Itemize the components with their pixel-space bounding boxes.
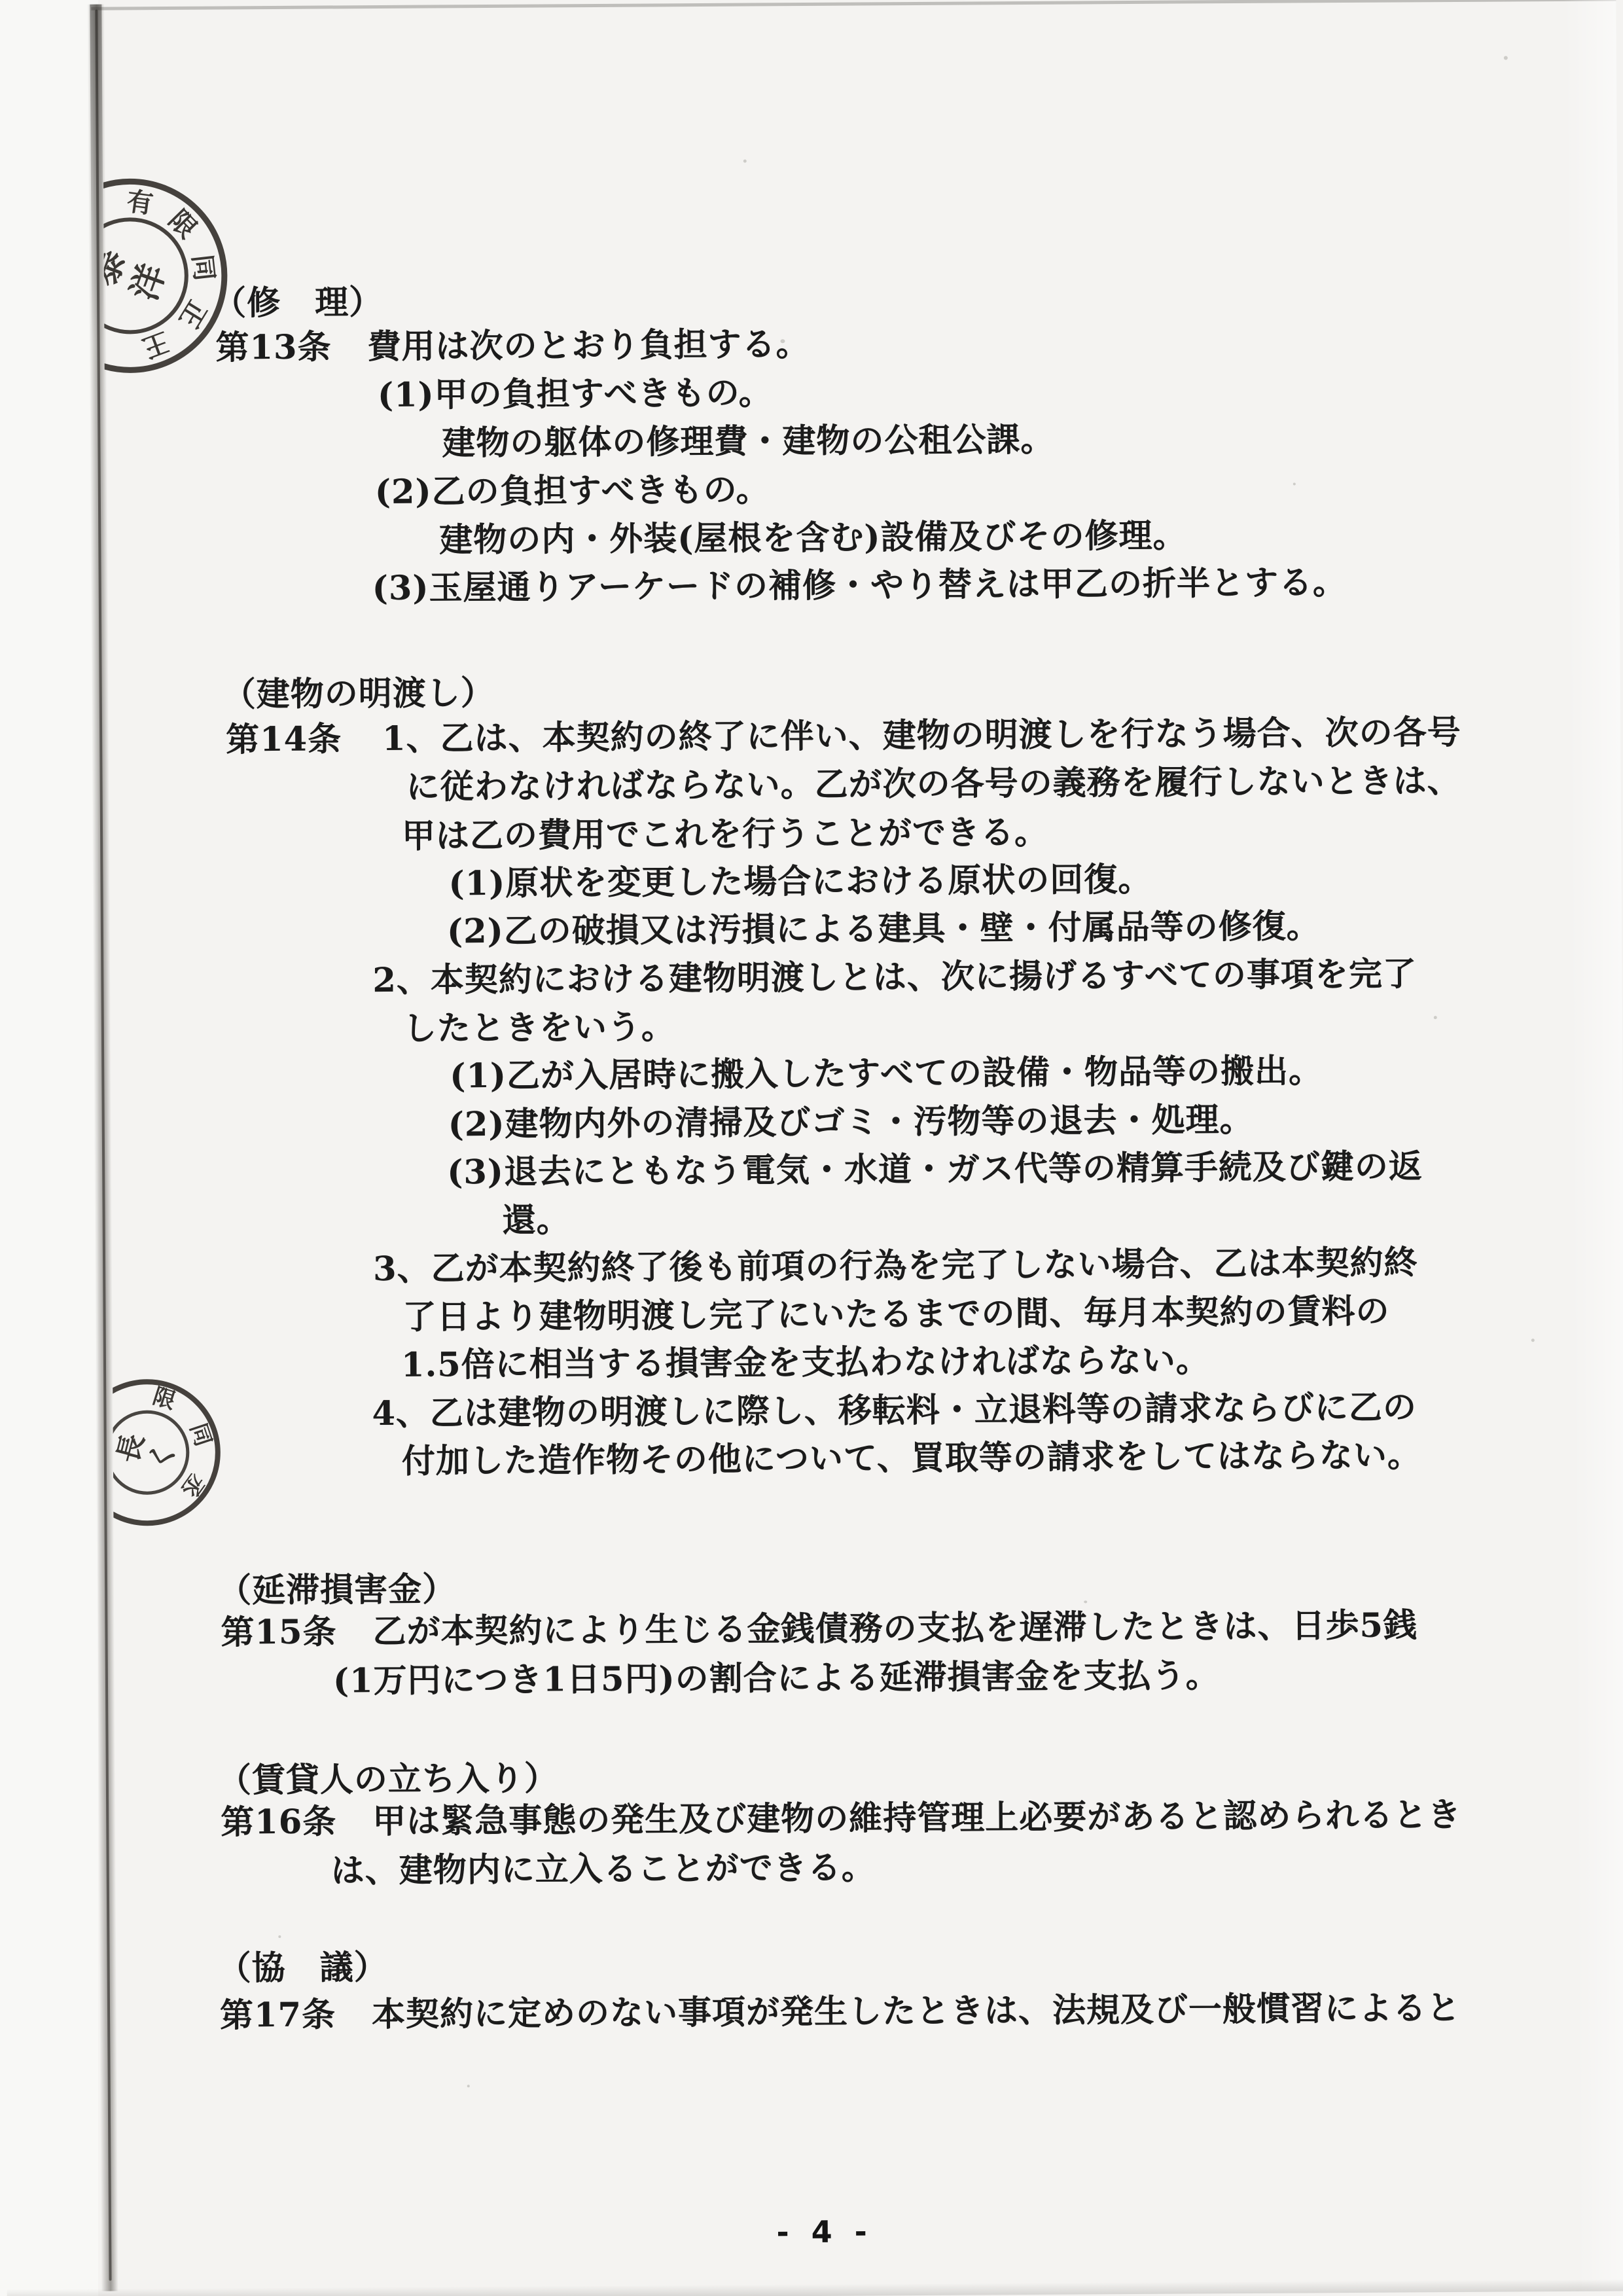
clause-line: 2、本契約における建物明渡しとは、次に揚げるすべての事項を完了: [372, 955, 1417, 999]
clause-line: 3、乙が本契約終了後も前項の行為を完了しない場合、乙は本契約終: [373, 1244, 1418, 1288]
section-heading-landlord-entry: （賃貸人の立ち入り）: [218, 1759, 558, 1800]
scan-speck: [1504, 56, 1508, 60]
article-14-lead: 1、乙は、本契約の終了に伴い、建物の明渡しを行なう場合、次の各号: [382, 713, 1461, 759]
scan-right-highlight: [1563, 0, 1623, 2291]
scan-bottom-shadow: [7, 2279, 1623, 2296]
clause-line: 付加した造作物その他について、買取等の請求をしてはならない。: [402, 1436, 1421, 1480]
article-17-row: 第17条本契約に定めのない事項が発生したときは、法規及び一般慣習によると: [220, 1989, 1461, 2035]
scan-speck: [278, 1935, 281, 1938]
article-13-row: 第13条費用は次のとおり負担する。: [215, 325, 810, 367]
scan-speck: [780, 339, 785, 343]
article-13-number: 第13条: [215, 327, 331, 367]
clause-line: 建物の内・外装(屋根を含む)設備及びその修理。: [439, 516, 1187, 560]
clause-line: (3)玉屋通りアーケードの補修・やり替えは甲乙の折半とする。: [372, 564, 1347, 608]
scan-speck: [590, 723, 592, 725]
clause-line: 4、乙は建物の明渡しに際し、移転料・立退料等の請求ならびに乙の: [372, 1388, 1417, 1433]
clause-line: (2)建物内外の清掃及びゴミ・汚物等の退去・処理。: [448, 1101, 1254, 1144]
clause-line: したときをいう。: [403, 1008, 675, 1048]
article-16-number: 第16条: [221, 1802, 336, 1842]
article-15-row: 第15条乙が本契約により生じる金銭債務の支払を遅滞したときは、日歩5銭: [221, 1606, 1418, 1652]
svg-text:く: く: [143, 1439, 182, 1475]
section-heading-consultation: （協 議）: [217, 1948, 387, 1988]
scan-speck: [743, 160, 747, 163]
tally-seal-stamp-bottom: 限 同 丞 長 く: [67, 1371, 232, 1536]
clause-line: は、建物内に立入ることができる。: [331, 1848, 876, 1890]
page-content: 有 限 同 正 王 泰 洋 限 同 丞 長 く （修 理） 第: [0, 0, 1623, 2296]
scan-speck: [467, 2085, 470, 2087]
circular-seal-icon: 有 限 同 正 王 泰 洋: [30, 172, 234, 380]
article-15-number: 第15条: [221, 1612, 336, 1652]
clause-line: (2)乙の負担すべきもの。: [375, 471, 770, 511]
clause-line: (1)乙が入居時に搬入したすべての設備・物品等の搬出。: [450, 1052, 1323, 1096]
scan-speck: [1293, 482, 1296, 485]
clause-line: (3)退去にともなう電気・水道・ガス代等の精算手続及び鍵の返: [447, 1147, 1423, 1192]
tally-seal-stamp-top: 有 限 同 正 王 泰 洋: [30, 172, 234, 380]
clause-line: 還。: [502, 1201, 570, 1240]
article-15-lead: 乙が本契約により生じる金銭債務の支払を遅滞したときは、日歩5銭: [372, 1605, 1418, 1651]
clause-line: 建物の躯体の修理費・建物の公租公課。: [442, 421, 1054, 463]
scan-speck: [1434, 1016, 1437, 1019]
section-heading-repair: （修 理）: [213, 283, 383, 323]
article-13-lead: 費用は次のとおり負担する。: [367, 325, 810, 367]
article-17-lead: 本契約に定めのない事項が発生したときは、法規及び一般慣習によると: [372, 1988, 1461, 2034]
scan-speck: [1531, 1338, 1535, 1342]
page-binding-crease-shadow: [90, 5, 103, 345]
article-16-lead: 甲は緊急事態の発生及び建物の維持管理上必要があると認められるとき: [372, 1795, 1461, 1841]
svg-text:限: 限: [150, 1383, 179, 1414]
article-14-number: 第14条: [226, 719, 342, 759]
article-17-number: 第17条: [220, 1995, 336, 2035]
scan-speck: [1084, 1600, 1087, 1603]
page-number: - 4 -: [746, 2214, 903, 2250]
svg-text:有: 有: [125, 186, 155, 220]
section-heading-surrender: （建物の明渡し）: [223, 674, 495, 714]
clause-line: 甲は乙の費用でこれを行うことができる。: [402, 814, 1048, 856]
article-14-row: 第14条1、乙は、本契約の終了に伴い、建物の明渡しを行なう場合、次の各号: [226, 713, 1461, 759]
clause-line: 了日より建物明渡し完了にいたるまでの間、毎月本契約の賃料の: [402, 1293, 1389, 1337]
clause-line: (1万円につき1日5円)の割合による延滞損害金を支払う。: [333, 1657, 1220, 1700]
scanned-contract-page: 有 限 同 正 王 泰 洋 限 同 丞 長 く （修 理） 第: [0, 0, 1623, 2296]
clause-line: 1.5倍に相当する損害金を支払わなければならない。: [401, 1341, 1210, 1384]
article-16-row: 第16条甲は緊急事態の発生及び建物の維持管理上必要があると認められるとき: [221, 1796, 1461, 1842]
svg-text:同: 同: [187, 253, 220, 282]
scan-top-edge: [91, 0, 1616, 10]
clause-line: (1)原状を変更した場合における原状の回復。: [448, 861, 1152, 903]
section-heading-late-damages: （延滞損害金）: [218, 1570, 456, 1610]
clause-line: (1)甲の負担すべきもの。: [378, 374, 773, 414]
clause-line: に従わなければならない。乙が次の各号の義務を履行しないときは、: [406, 762, 1461, 806]
circular-seal-icon: 限 同 丞 長 く: [67, 1371, 232, 1536]
clause-line: (2)乙の破損又は汚損による建具・壁・付属品等の修復。: [447, 907, 1321, 951]
